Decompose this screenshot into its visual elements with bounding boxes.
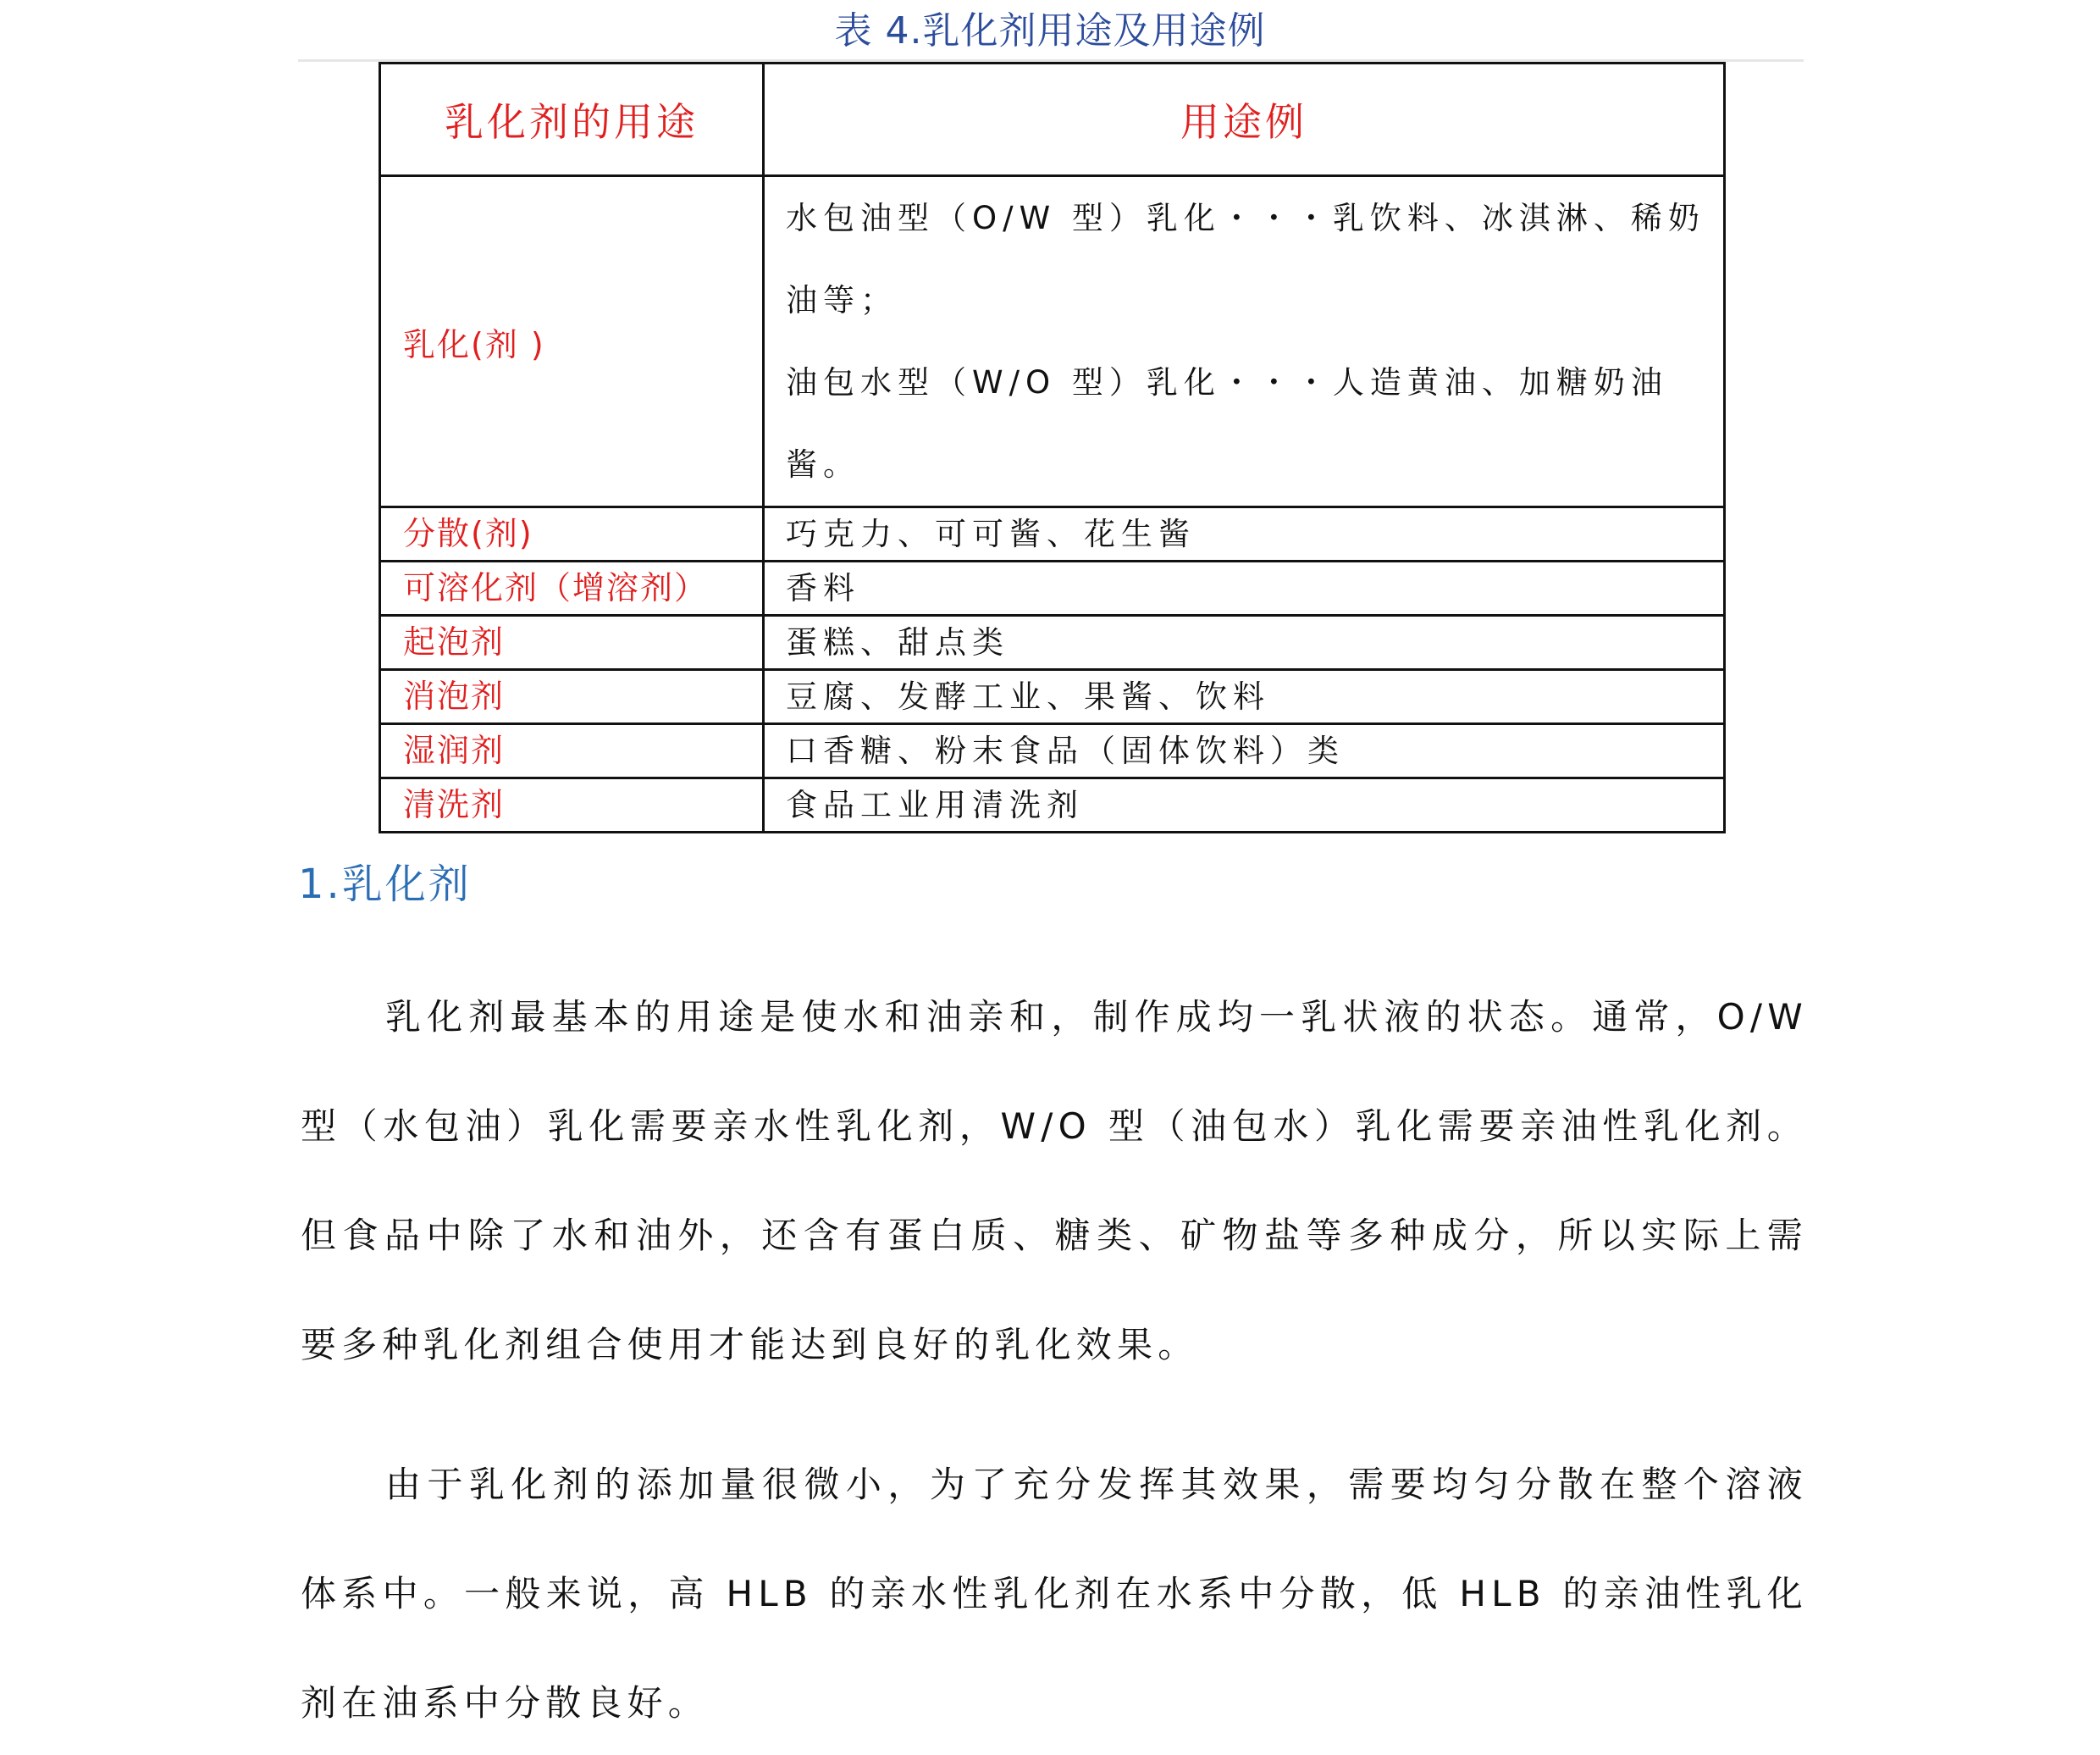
table-row: 乳化(剂 ) 水包油型（O/W 型）乳化・・・乳饮料、冰淇淋、稀奶油等； 油包水… [380, 176, 1725, 507]
header-cell-use: 乳化剂的用途 [380, 64, 764, 176]
body-paragraph: 乳化剂最基本的用途是使水和油亲和，制作成均一乳状液的状态。通常，O/W 型（水包… [301, 962, 1808, 1399]
examples-cell: 口香糖、粉末食品（固体饮料）类 [764, 724, 1725, 778]
use-cell: 清洗剂 [380, 778, 764, 833]
section-heading: 1.乳化剂 [298, 851, 472, 910]
header-label: 乳化剂的用途 [445, 99, 699, 145]
use-cell: 消泡剂 [380, 670, 764, 724]
examples-cell: 巧克力、可可酱、花生酱 [764, 507, 1725, 562]
use-cell: 起泡剂 [380, 616, 764, 670]
examples-cell: 豆腐、发酵工业、果酱、饮料 [764, 670, 1725, 724]
table-row: 起泡剂 蛋糕、甜点类 [380, 616, 1725, 670]
header-label: 用途例 [1180, 99, 1307, 145]
table-row: 分散(剂) 巧克力、可可酱、花生酱 [380, 507, 1725, 562]
use-cell: 可溶化剂（增溶剂） [380, 562, 764, 616]
examples-cell: 香料 [764, 562, 1725, 616]
table-row: 湿润剂 口香糖、粉末食品（固体饮料）类 [380, 724, 1725, 778]
header-cell-examples: 用途例 [764, 64, 1725, 176]
use-cell: 分散(剂) [380, 507, 764, 562]
emulsifier-uses-table: 乳化剂的用途 用途例 乳化(剂 ) 水包油型（O/W 型）乳化・・・乳饮料、冰淇… [379, 62, 1726, 833]
examples-cell: 食品工业用清洗剂 [764, 778, 1725, 833]
table-row: 可溶化剂（增溶剂） 香料 [380, 562, 1725, 616]
table-caption: 表 4.乳化剂用途及用途例 [0, 5, 2100, 58]
table-row: 消泡剂 豆腐、发酵工业、果酱、饮料 [380, 670, 1725, 724]
examples-cell: 水包油型（O/W 型）乳化・・・乳饮料、冰淇淋、稀奶油等； 油包水型（W/O 型… [764, 176, 1725, 507]
example-line: 油包水型（W/O 型）乳化・・・人造黄油、加糖奶油酱。 [786, 341, 1723, 506]
use-cell: 湿润剂 [380, 724, 764, 778]
example-line: 水包油型（O/W 型）乳化・・・乳饮料、冰淇淋、稀奶油等； [786, 177, 1723, 341]
table-header-row: 乳化剂的用途 用途例 [380, 64, 1725, 176]
examples-cell: 蛋糕、甜点类 [764, 616, 1725, 670]
table-row: 清洗剂 食品工业用清洗剂 [380, 778, 1725, 833]
body-paragraph: 由于乳化剂的添加量很微小，为了充分发挥其效果，需要均匀分散在整个溶液体系中。一般… [301, 1430, 1808, 1755]
use-cell: 乳化(剂 ) [380, 176, 764, 507]
